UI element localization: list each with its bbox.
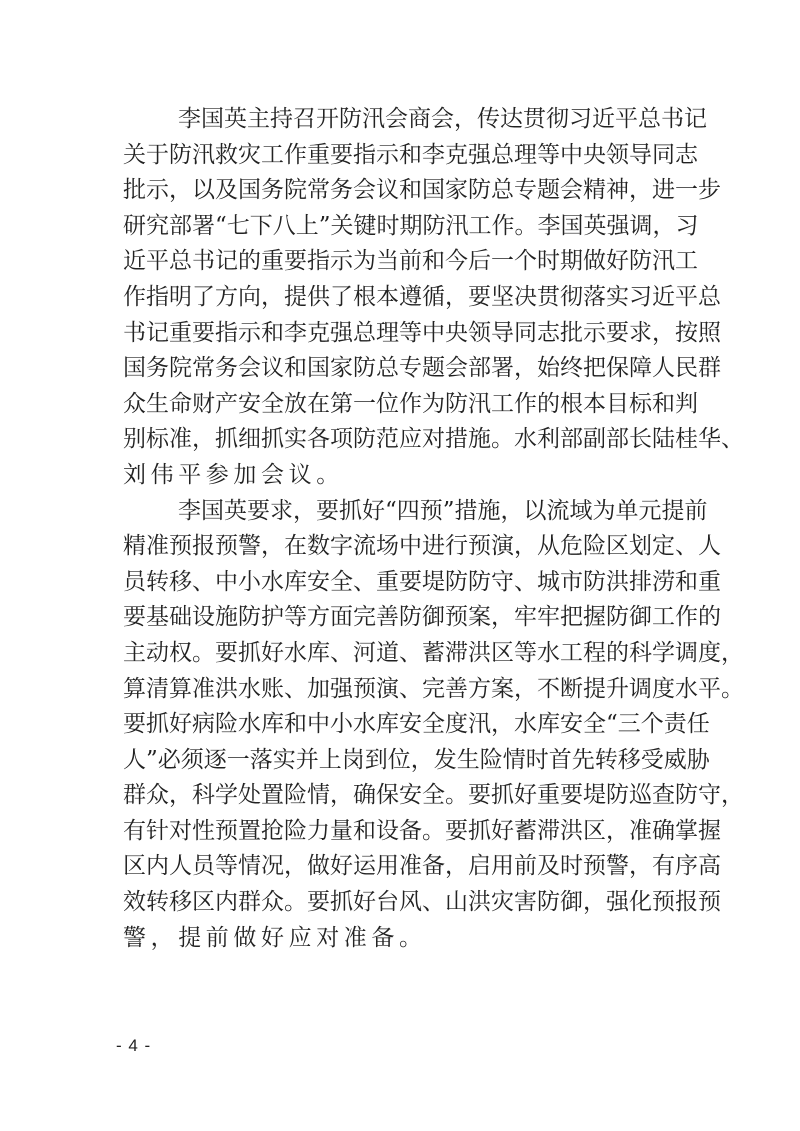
text-line: 作指明了方向，提供了根本遵循，要坚决贯彻落实习近平总	[123, 280, 679, 316]
text-line: 众生命财产安全放在第一位作为防汛工作的根本目标和判	[123, 387, 679, 423]
text-line: 效转移区内群众。要抓好台风、山洪灾害防御，强化预报预	[123, 885, 679, 921]
text-line: 要抓好病险水库和中小水库安全度汛，水库安全“三个责任	[123, 707, 679, 743]
paragraph-2: 李国英要求，要抓好“四预”措施，以流域为单元提前 精准预报预警，在数字流场中进行…	[123, 494, 679, 957]
paragraph-1: 李国英主持召开防汛会商会，传达贯彻习近平总书记 关于防汛救灾工作重要指示和李克强…	[123, 102, 679, 494]
text-line: 人”必须逐一落实并上岗到位，发生险情时首先转移受威胁	[123, 743, 679, 779]
page-number: - 4 -	[116, 1036, 151, 1056]
text-line: 李国英主持召开防汛会商会，传达贯彻习近平总书记	[123, 102, 679, 138]
text-line: 研究部署“七下八上”关键时期防汛工作。李国英强调，习	[123, 209, 679, 245]
text-line: 国务院常务会议和国家防总专题会部署，始终把保障人民群	[123, 351, 679, 387]
text-line: 李国英要求，要抓好“四预”措施，以流域为单元提前	[123, 494, 679, 530]
text-line: 区内人员等情况，做好运用准备，启用前及时预警，有序高	[123, 849, 679, 885]
text-line: 精准预报预警，在数字流场中进行预演，从危险区划定、人	[123, 529, 679, 565]
text-line: 书记重要指示和李克强总理等中央领导同志批示要求，按照	[123, 316, 679, 352]
text-line: 近平总书记的重要指示为当前和今后一个时期做好防汛工	[123, 244, 679, 280]
text-line: 群众，科学处置险情，确保安全。要抓好重要堤防巡查防守，	[123, 778, 679, 814]
text-line: 批示，以及国务院常务会议和国家防总专题会精神，进一步	[123, 173, 679, 209]
text-line: 主动权。要抓好水库、河道、蓄滞洪区等水工程的科学调度，	[123, 636, 679, 672]
text-line: 员转移、中小水库安全、重要堤防防守、城市防洪排涝和重	[123, 565, 679, 601]
text-line: 有针对性预置抢险力量和设备。要抓好蓄滞洪区，准确掌握	[123, 814, 679, 850]
text-line: 算清算准洪水账、加强预演、完善方案，不断提升调度水平。	[123, 672, 679, 708]
text-line: 刘伟平参加会议。	[123, 458, 679, 494]
document-page: 李国英主持召开防汛会商会，传达贯彻习近平总书记 关于防汛救灾工作重要指示和李克强…	[0, 0, 800, 1131]
text-line: 警，提前做好应对准备。	[123, 921, 679, 957]
text-line: 别标准，抓细抓实各项防范应对措施。水利部副部长陆桂华、	[123, 422, 679, 458]
text-line: 要基础设施防护等方面完善防御预案，牢牢把握防御工作的	[123, 600, 679, 636]
document-body: 李国英主持召开防汛会商会，传达贯彻习近平总书记 关于防汛救灾工作重要指示和李克强…	[123, 102, 679, 956]
text-line: 关于防汛救灾工作重要指示和李克强总理等中央领导同志	[123, 138, 679, 174]
